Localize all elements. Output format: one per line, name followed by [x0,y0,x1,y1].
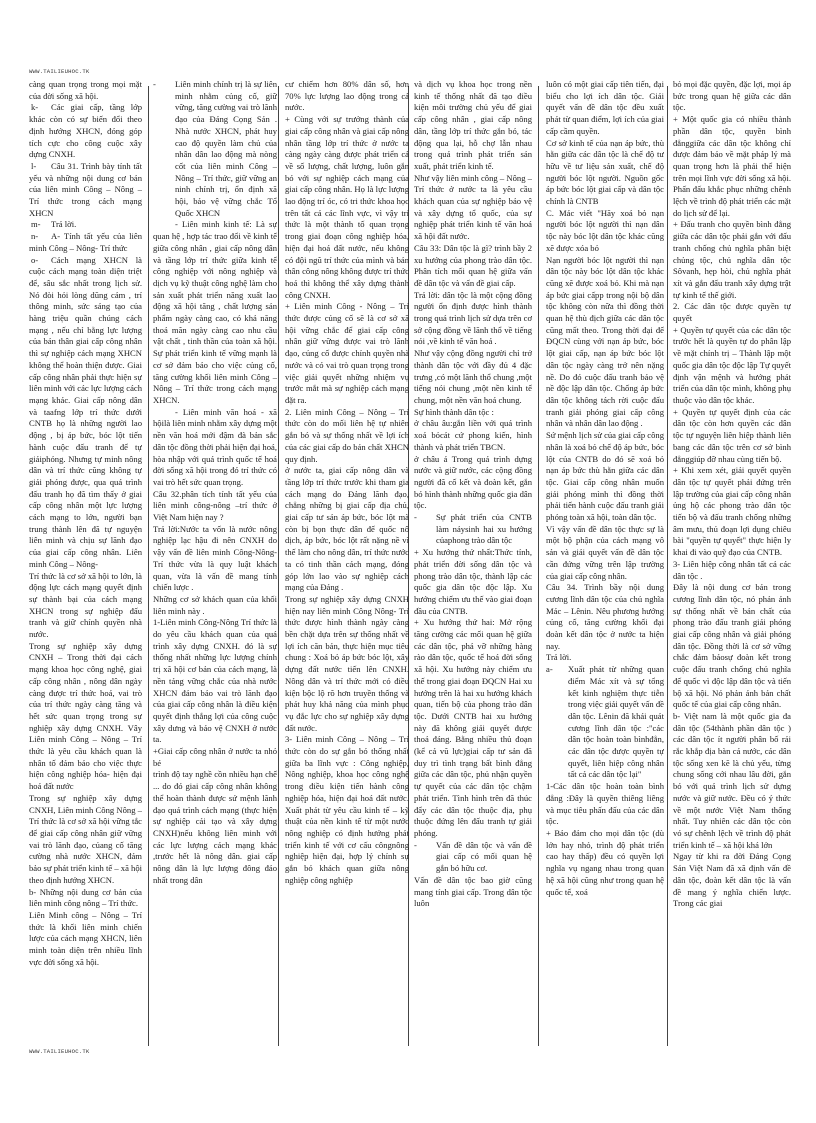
paragraph: cư chiếm hơn 80% dân số, hơn 70% lực lượ… [285,79,409,114]
paragraph: 1-Các dân tộc hoàn toàn bình đẳng :Đây l… [546,781,664,828]
paragraph: + Một quốc gia có nhiều thành phần dân t… [673,114,791,219]
list-item-text: Cách mạng XHCN là cuộc cách mạng toàn di… [29,255,142,569]
paragraph: Đây là nội dung cơ bản trong cương lĩnh … [673,582,791,711]
bullet-text: Liên minh chính trị là sự liên minh nhằm… [175,79,277,218]
paragraph: Ngay từ khi ra đời Đảng Cọng Sản Việt Na… [673,851,791,910]
section-heading-a: n-A- Tính tất yếu của liên minh Công – N… [29,231,142,254]
paragraph: + Cùng với sự trưởng thành của giai cấp … [285,114,409,301]
paragraph: Sứ mệnh lịch sử của giai cấp công nhân l… [546,430,664,524]
list-item-a: a-Xuất phát từ những quan điểm Mác xít v… [546,664,664,781]
question-32: Câu 32.phân tích tính tất yếu của liên m… [153,489,277,524]
paragraph: + Xu hướng thứ hai: Mở rộng tăng cường c… [414,617,532,839]
paragraph: +Giai cấp công nhân ở nước ta nhỏ bé [153,746,277,769]
question-text: Câu 31. Trình bày tính tất yếu và những … [29,161,142,218]
section-heading-b: b- Những nội dung cơ bản của liên minh c… [29,887,142,910]
paragraph: Trong sự nghiệp xây dựng CNXH – Trong th… [29,641,142,793]
bullet-item: -Sự phát triển của CNTB làm nảysinh hai … [414,512,532,547]
bullet-marker: - [414,512,417,524]
paragraph: và dịch vụ khoa học trong nền kinh tế th… [414,79,532,173]
text-column-3: cư chiếm hơn 80% dân số, hơn 70% lực lượ… [285,79,409,1039]
paragraph: 2. Liên minh Công – Nông – Trí thức còn … [285,407,409,466]
paragraph: trình độ tay nghề cồn nhiều hạn chế ... … [153,769,277,886]
paragraph: + Xu hướng thứ nhất:Thức tỉnh, phát triể… [414,547,532,617]
question-31: l-Câu 31. Trình bày tính tất yếu và nhữn… [29,161,142,220]
answer-label: Trả lời. [546,652,664,664]
paragraph: - Liên minh kinh tế: Là sự quan hệ , hợp… [153,219,277,406]
text-column-6: bỏ mọi đặc quyền, đặc lợi, mọi áp bức tr… [673,79,791,1039]
list-item-o: o-Cách mạng XHCN là cuộc cách mạng toàn … [29,255,142,571]
footer-site-url: WWW.TAILIEUHOC.TK [29,1048,89,1055]
text-column-2: -Liên minh chính trị là sự liên minh nhằ… [153,79,277,1039]
section-heading: 3- Liên hiệp công nhân tất cả các dân tộ… [673,559,791,582]
paragraph: + Quyền tự quyết định của các dân tộc cò… [673,407,791,466]
answer-label-text: Trả lời. [51,219,76,229]
bullet-text: Sự phát triển của CNTB làm nảysinh hai x… [436,512,532,545]
list-item-k: k-Các giai cấp, tầng lớp khác còn có sự … [29,102,142,161]
paragraph: 3- Liên minh Công – Nông – Trí thức còn … [285,734,409,886]
header-site-url: WWW.TAILIEUHOC.TK [29,68,89,75]
paragraph: Trong sự nghiệp xây dựng CNXH hiện nay l… [285,594,409,734]
answer-paragraph: Trả lời:Nước ta vốn là nước nông nghiệp … [153,524,277,594]
paragraph: Trong sự nghiệp xây dựng CNXH, Liên minh… [29,793,142,887]
paragraph: ở châu á Trong quá trình dựng nước và gi… [414,454,532,513]
paragraph: Liên Minh công – Nông – Trí thức là khối… [29,910,142,969]
answer-paragraph: Trả lời: dân tộc là một cộng đồng người … [414,290,532,349]
paragraph: Như vậy liên minh công – Nông – Trí thức… [414,173,532,243]
section-heading: 2. Các dân tộc được quyền tự quyết [673,301,791,324]
column-divider [667,86,668,1046]
text-column-4: và dịch vụ khoa học trong nền kinh tế th… [414,79,532,1039]
paragraph: + Đấu tranh cho quyền bình đẳng giữa các… [673,219,791,301]
paragraph: Sự hình thành dân tộc : [414,407,532,419]
text-column-1: càng quan trọng trong mọi mặt của đời số… [29,79,142,1039]
bullet-marker: - [414,840,417,852]
column-divider [148,86,149,1046]
bullet-text: Vấn đề dân tộc và vấn đề giai cấp có mối… [436,840,532,873]
paragraph: càng quan trọng trong mọi mặt của đời số… [29,79,142,102]
paragraph: ở châu âu:gắn liền với quá trình xoá bỏc… [414,418,532,453]
paragraph: ở nước ta, giai cấp nông dân và tầng lớp… [285,465,409,594]
list-item-text: Xuất phát từ những quan điểm Mác xít và … [568,664,664,779]
section-heading-text: A- Tính tất yếu của liên minh Công – Nôn… [29,231,142,253]
column-divider [278,86,279,1046]
paragraph: - Liên minh văn hoá - xã hộilà liên minh… [153,407,277,489]
paragraph: + Liên minh Công - Nông – Trí thức được … [285,301,409,406]
paragraph: Vì vậy vấn đề dân tộc thực sự là một bộ … [546,524,664,583]
bullet-item: -Vấn đề dân tộc và vấn đề giai cấp có mố… [414,840,532,875]
paragraph: + Quyền tự quyết của các dân tộc trước h… [673,325,791,407]
paragraph: + Bảo đảm cho mọi dân tộc (dù lớn hay nh… [546,828,664,898]
paragraph: Trí thức là cơ sở xã hội to lớn, là động… [29,571,142,641]
question-33: Câu 33: Dân tộc là gì? trình bầy 2 xu hư… [414,243,532,290]
paragraph: Như vậy cộng đồng người chỉ trở thành dâ… [414,348,532,407]
question-34: Câu 34. Trình bầy nội dung cương lĩnh dâ… [546,582,664,652]
list-item-text: Các giai cấp, tầng lớp khác còn có sự bi… [29,102,142,159]
paragraph: bỏ mọi đặc quyền, đặc lợi, mọi áp bức tr… [673,79,791,114]
column-divider [538,86,539,1046]
paragraph: Những cơ sở khách quan của khối liên min… [153,594,277,617]
paragraph: 1-Liên minh Công-Nông Trí thức là do yêu… [153,617,277,746]
list-marker: a- [546,664,553,676]
paragraph: Nạn người bóc lột người thì nạn dân tộc … [546,255,664,431]
answer-label: m-Trả lời. [29,219,142,231]
paragraph: b- Việt nam là một quốc gia đa dân tộc (… [673,711,791,851]
paragraph: Cơ sở kinh tế của nạn áp bức, thù hằn gi… [546,138,664,208]
paragraph: + Khi xem xét, giải quyết quyền dân tộc … [673,465,791,559]
bullet-marker: - [153,79,156,91]
text-column-5: luôn có một giai cấp tiên tiến, đại biểu… [546,79,664,1039]
quote-paragraph: C. Mác viết "Hãy xoá bỏ nạn người bóc lộ… [546,208,664,255]
bullet-item: -Liên minh chính trị là sự liên minh nhằ… [153,79,277,219]
paragraph: luôn có một giai cấp tiên tiến, đại biểu… [546,79,664,138]
paragraph: Vấn đề dân tộc bao giờ cũng mang tính gi… [414,875,532,910]
